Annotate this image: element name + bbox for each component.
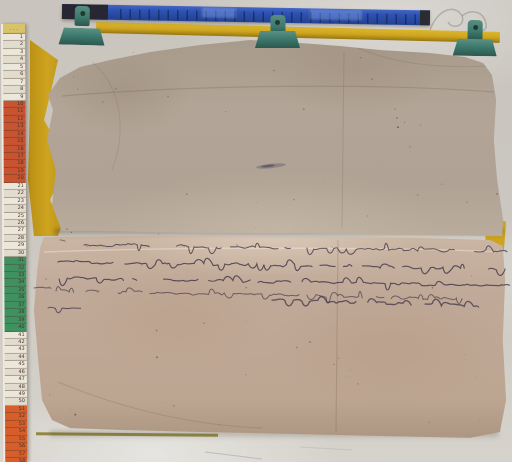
scale-segment-55: 55	[5, 436, 27, 444]
binder-clip-middle	[255, 15, 300, 48]
scale-segment-29: 29	[4, 242, 26, 250]
scale-segment-35: 35	[4, 287, 26, 295]
scale-segment-20: 20	[4, 175, 26, 183]
binder-clip-hinge-icon	[467, 20, 482, 40]
scale-segment-28: 28	[4, 235, 26, 243]
scale-segment-39: 39	[5, 317, 27, 325]
scale-segment-17: 17	[4, 153, 26, 161]
scale-segment-21: 21	[4, 183, 26, 191]
scale-segment-1: 1	[3, 34, 25, 42]
scale-segment-37: 37	[4, 302, 26, 310]
scale-segment-31: 31	[4, 257, 26, 265]
scale-segment-3: 3	[3, 49, 25, 57]
ruler-sheen	[202, 7, 236, 18]
binder-clip-body	[453, 39, 497, 57]
scale-segment-36: 36	[4, 294, 26, 302]
ruler-sheen	[310, 9, 362, 20]
scale-segment-16: 16	[4, 145, 26, 153]
scale-segment-42: 42	[5, 339, 27, 347]
binder-clip-body	[255, 31, 300, 48]
scale-segment-4: 4	[3, 56, 25, 64]
scale-segment-40: 40	[5, 324, 27, 332]
scale-segment-24: 24	[4, 205, 26, 213]
scale-segment-58: 58	[5, 458, 27, 462]
scale-segment-52: 52	[5, 413, 27, 421]
scale-segment-9: 9	[3, 93, 25, 101]
scale-segment-32: 32	[4, 264, 26, 272]
scale-segment-50: 50	[5, 398, 27, 406]
scale-segment-12: 12	[3, 116, 25, 124]
scale-segment-56: 56	[5, 443, 27, 451]
scale-segment-10: 10	[3, 101, 25, 109]
scale-segment-5: 5	[3, 64, 25, 72]
binder-clip-left	[58, 5, 105, 45]
scale-segment-43: 43	[5, 346, 27, 354]
scale-segment-6: 6	[3, 71, 25, 79]
scale-segment-26: 26	[4, 220, 26, 228]
scale-segment-57: 57	[5, 450, 27, 458]
scale-segment-30: 30	[4, 250, 26, 258]
scale-segment-47: 47	[5, 376, 27, 384]
binder-clip-body	[58, 27, 104, 45]
scale-segment-48: 48	[5, 383, 27, 391]
scale-segment-23: 23	[4, 198, 26, 206]
scale-segment-14: 14	[4, 131, 26, 139]
scale-bar-top-cap: ...	[3, 24, 25, 34]
scale-segment-15: 15	[4, 138, 26, 146]
scale-segment-27: 27	[4, 227, 26, 235]
scale-segment-51: 51	[5, 406, 27, 414]
scale-segment-18: 18	[4, 160, 26, 168]
scale-segment-44: 44	[5, 354, 27, 362]
manuscript-lower-leaf	[32, 228, 508, 442]
scale-segment-11: 11	[3, 108, 25, 116]
scale-segment-38: 38	[4, 309, 26, 317]
scale-segment-13: 13	[4, 123, 26, 131]
color-scale-bar: ... 123456789101112131415161718192021222…	[1, 24, 27, 462]
scale-segment-8: 8	[3, 86, 25, 94]
scale-segment-19: 19	[4, 168, 26, 176]
ruler-end-cap	[420, 10, 430, 25]
scale-segment-54: 54	[5, 428, 27, 436]
binder-clip-right	[453, 20, 498, 57]
scale-segment-49: 49	[5, 391, 27, 399]
binder-clip-hinge-icon	[74, 6, 90, 26]
scale-segment-41: 41	[5, 331, 27, 339]
manuscript-upper-leaf	[40, 36, 505, 236]
scale-segment-46: 46	[5, 369, 27, 377]
scale-segment-2: 2	[3, 41, 25, 49]
scale-segment-25: 25	[4, 212, 26, 220]
manuscript-photograph: ... 123456789101112131415161718192021222…	[0, 0, 512, 462]
scale-bar-segments: 1234567891011121314151617181920212223242…	[3, 34, 27, 462]
scale-segment-34: 34	[4, 279, 26, 287]
scale-segment-45: 45	[5, 361, 27, 369]
scale-segment-7: 7	[3, 79, 25, 87]
scale-segment-22: 22	[4, 190, 26, 198]
scale-segment-33: 33	[4, 272, 26, 280]
scale-segment-53: 53	[5, 421, 27, 429]
